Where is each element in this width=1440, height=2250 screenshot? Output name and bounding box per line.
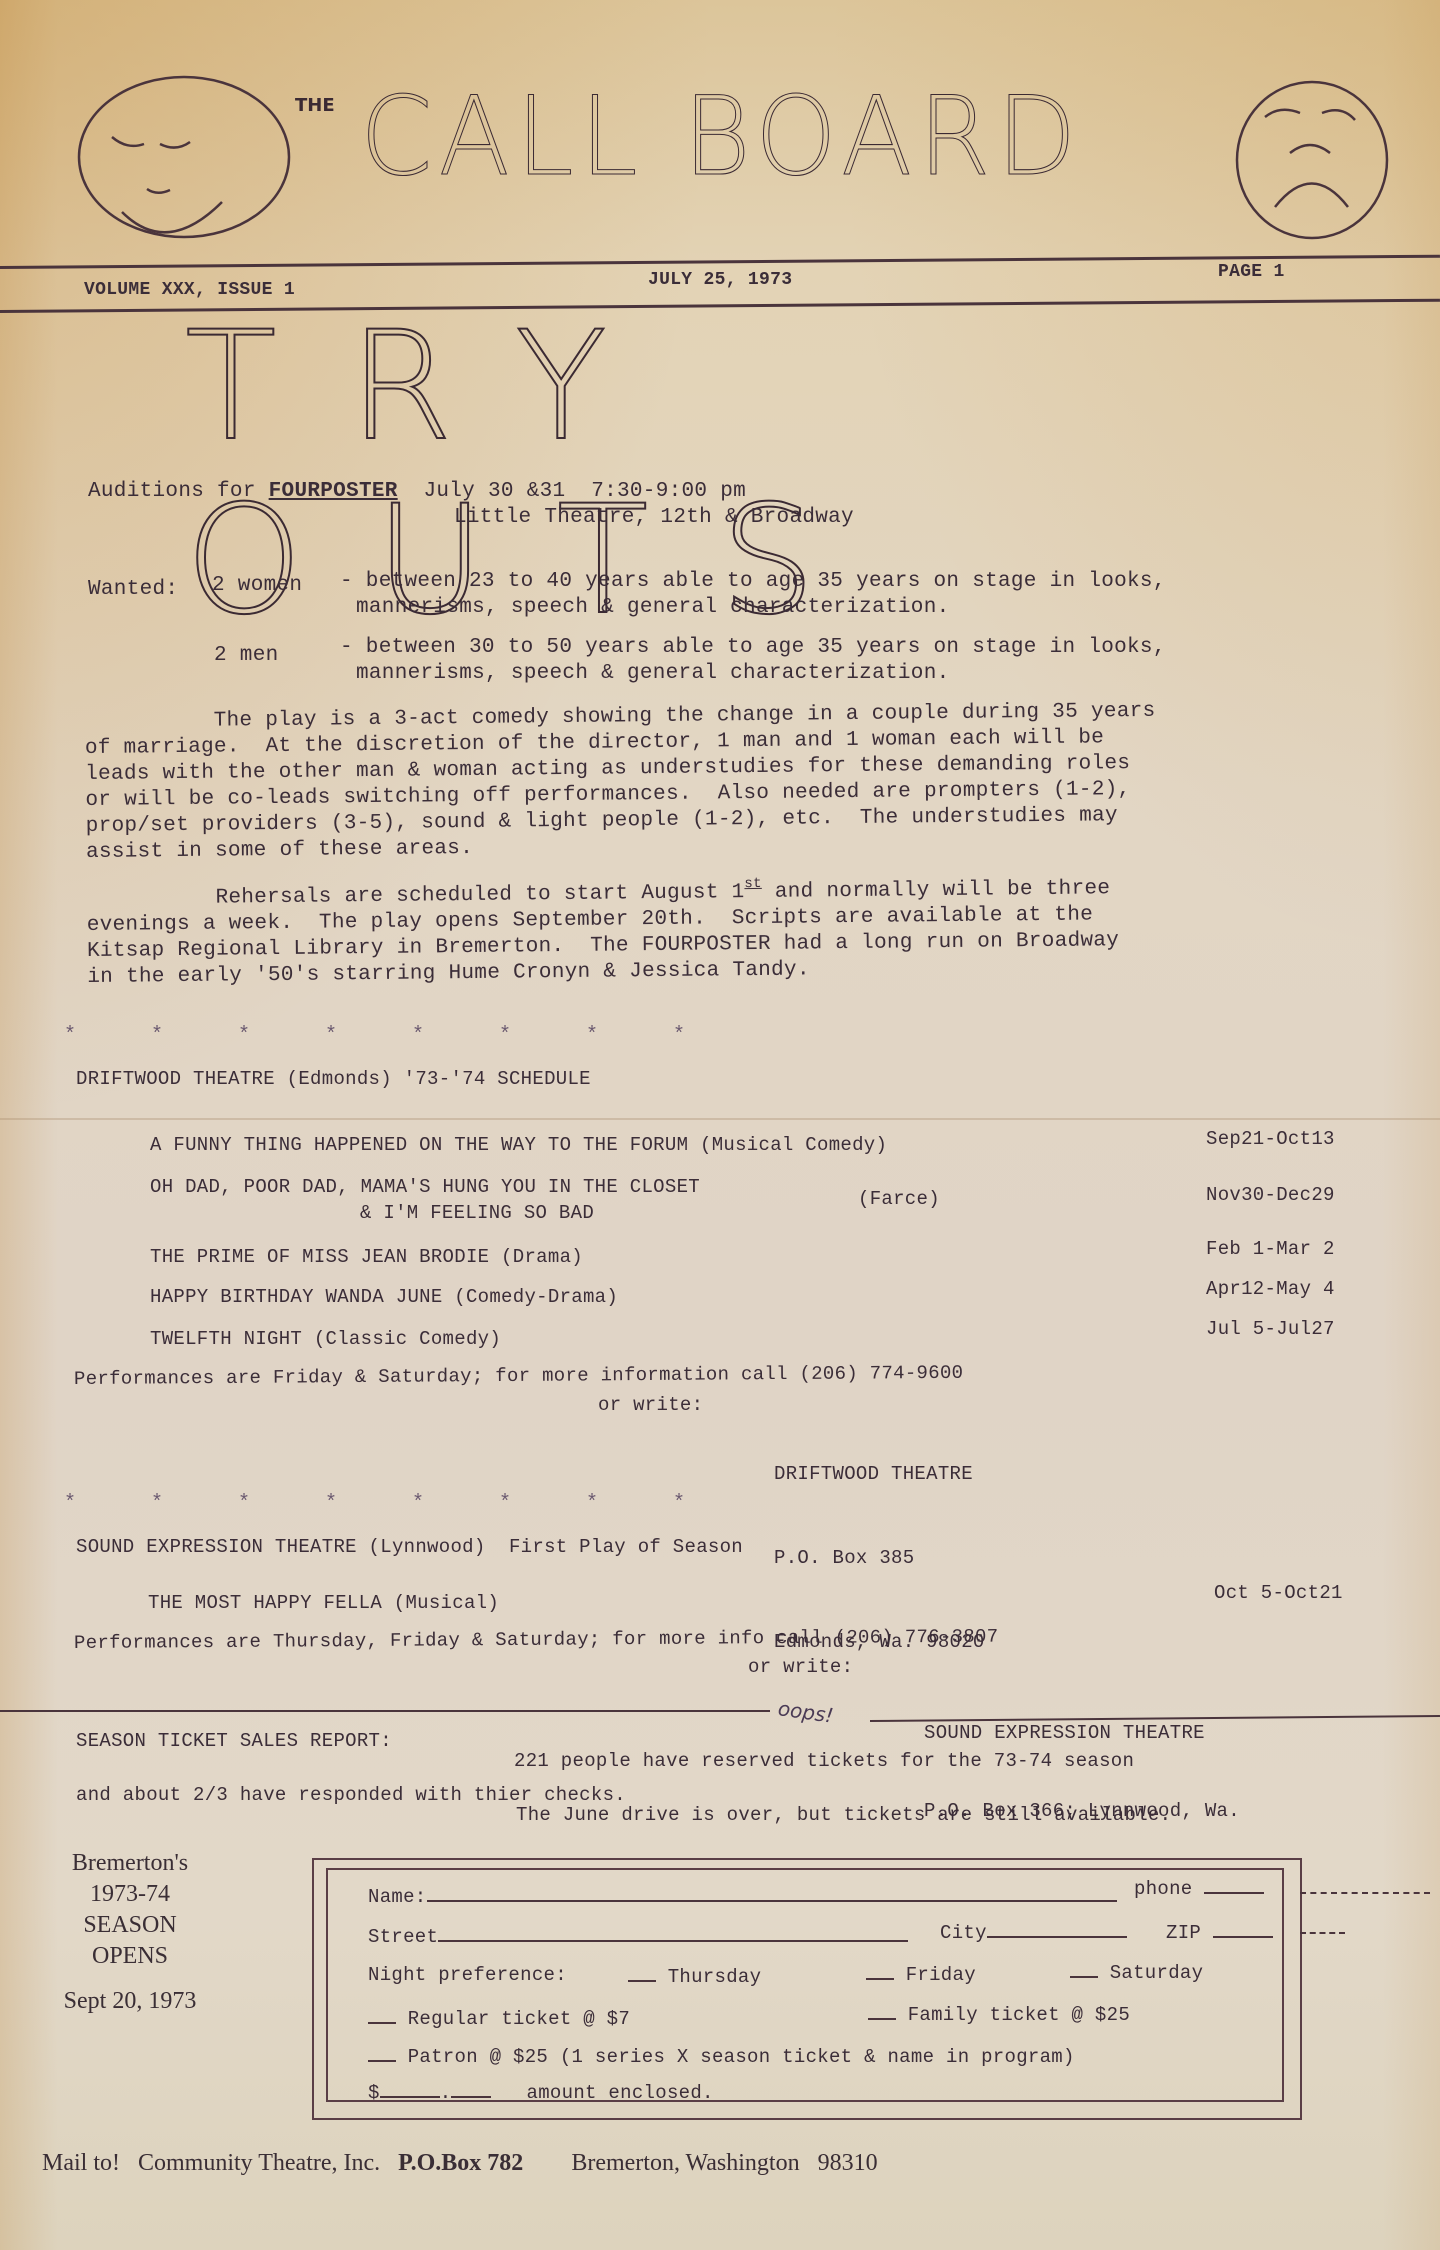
- zip-label: ZIP: [1166, 1922, 1201, 1944]
- star-glyph: *: [499, 1024, 586, 1047]
- show-title: THE MOST HAPPY FELLA (Musical): [148, 1592, 499, 1614]
- star-glyph: *: [673, 1024, 760, 1047]
- season-line: SEASON: [40, 1910, 220, 1941]
- name-label: Name:: [368, 1886, 427, 1908]
- show-title: OH DAD, POOR DAD, MAMA'S HUNG YOU IN THE…: [150, 1176, 700, 1198]
- page-number: PAGE 1: [1218, 262, 1285, 282]
- star-glyph: *: [325, 1492, 412, 1515]
- show-title: HAPPY BIRTHDAY WANDA JUNE (Comedy-Drama): [150, 1286, 618, 1308]
- address-line: DRIFTWOOD THEATRE: [774, 1460, 985, 1488]
- show-dates: Apr12-May 4: [1206, 1278, 1335, 1300]
- night-option-thursday[interactable]: Thursday: [628, 1962, 761, 1988]
- mail-to-line: Mail to! Community Theatre, Inc. P.O.Box…: [42, 2150, 878, 2177]
- section-divider: [0, 1710, 770, 1712]
- mail-to-box: P.O.Box 782: [398, 2150, 523, 2176]
- patron-ticket-option[interactable]: Patron @ $25 (1 series X season ticket &…: [368, 2042, 1075, 2068]
- role-women-line1: - between 23 to 40 years able to age 35 …: [340, 570, 1166, 593]
- role-men-count: 2 men: [214, 644, 279, 667]
- regular-ticket-option[interactable]: Regular ticket @ $7: [368, 2004, 630, 2030]
- smiling-mask-icon: [72, 72, 297, 242]
- night-preference-label: Night preference:: [368, 1964, 567, 1986]
- zip-field[interactable]: ZIP: [1166, 1918, 1273, 1944]
- ordinal-suffix: st: [744, 876, 762, 892]
- volume-issue: VOLUME XXX, ISSUE 1: [84, 280, 295, 300]
- star-glyph: *: [64, 1024, 151, 1047]
- or-write-label: or write:: [748, 1656, 853, 1678]
- star-glyph: *: [325, 1024, 412, 1047]
- city-field[interactable]: City: [940, 1918, 1127, 1944]
- show-dates: Jul 5-Jul27: [1206, 1318, 1335, 1340]
- star-glyph: *: [412, 1492, 499, 1515]
- mail-to-city: Bremerton, Washington: [571, 2150, 799, 2176]
- show-dates: Sep21-Oct13: [1206, 1128, 1335, 1150]
- address-line: P.O. Box 385: [774, 1544, 985, 1572]
- night-option-saturday[interactable]: Saturday: [1070, 1958, 1203, 1984]
- amount-label: amount enclosed.: [527, 2082, 714, 2104]
- dollar-sign: $: [368, 2082, 380, 2104]
- ticket-report-line: 221 people have reserved tickets for the…: [514, 1750, 1134, 1772]
- star-separator: ********: [64, 1024, 760, 1047]
- mail-to-zip: 98310: [818, 2150, 878, 2176]
- season-line: 1973-74: [40, 1879, 220, 1910]
- frowning-mask-icon: [1230, 75, 1395, 245]
- show-dates: Feb 1-Mar 2: [1206, 1238, 1335, 1260]
- role-women-count: 2 women: [212, 574, 302, 597]
- star-glyph: *: [586, 1024, 673, 1047]
- star-glyph: *: [64, 1492, 151, 1515]
- sound-expression-heading: SOUND EXPRESSION THEATRE (Lynnwood) Firs…: [76, 1536, 743, 1558]
- amount-enclosed-field[interactable]: $. amount enclosed.: [368, 2078, 714, 2104]
- star-glyph: *: [673, 1492, 760, 1515]
- city-label: City: [940, 1922, 987, 1944]
- night-label: Saturday: [1110, 1962, 1204, 1984]
- show-dates: Nov30-Dec29: [1206, 1184, 1335, 1206]
- or-write-label: or write:: [598, 1394, 703, 1416]
- ticket-report-heading: SEASON TICKET SALES REPORT:: [76, 1730, 392, 1752]
- show-title: THE PRIME OF MISS JEAN BRODIE (Drama): [150, 1246, 583, 1268]
- ticket-report-line: and about 2/3 have responded with thier …: [76, 1784, 626, 1806]
- mail-to-org: Community Theatre, Inc.: [138, 2150, 380, 2176]
- play-description: The play is a 3-act comedy showing the c…: [85, 699, 1159, 991]
- night-label: Thursday: [668, 1966, 762, 1988]
- star-glyph: *: [586, 1492, 673, 1515]
- star-glyph: *: [238, 1024, 325, 1047]
- ticket-report-line: The June drive is over, but tickets are …: [516, 1804, 1171, 1826]
- regular-ticket-label: Regular ticket @ $7: [408, 2008, 630, 2030]
- family-ticket-option[interactable]: Family ticket @ $25: [868, 2000, 1130, 2026]
- cut-line: [1300, 1932, 1345, 1934]
- address-line: SOUND EXPRESSION THEATRE: [924, 1720, 1240, 1746]
- name-field[interactable]: Name:: [368, 1882, 1117, 1908]
- star-separator: ********: [64, 1492, 760, 1515]
- audition-times: July 30 &31 7:30-9:00 pm: [398, 480, 746, 503]
- auditions-prefix: Auditions for: [88, 480, 269, 503]
- star-glyph: *: [412, 1024, 499, 1047]
- audition-venue: Little Theatre, 12th & Broadway: [454, 506, 854, 529]
- season-line: Bremerton's: [40, 1848, 220, 1879]
- show-title: A FUNNY THING HAPPENED ON THE WAY TO THE…: [150, 1134, 887, 1156]
- family-ticket-label: Family ticket @ $25: [908, 2004, 1130, 2026]
- role-men-line2: mannerisms, speech & general characteriz…: [356, 662, 950, 685]
- night-option-friday[interactable]: Friday: [866, 1960, 976, 1986]
- order-form: Name: phone Street City ZIP Night prefer…: [326, 1868, 1284, 2102]
- night-label: Friday: [906, 1964, 976, 1986]
- issue-date: JULY 25, 1973: [648, 270, 792, 290]
- star-glyph: *: [238, 1492, 325, 1515]
- phone-field[interactable]: phone: [1134, 1874, 1264, 1900]
- season-date: Sept 20, 1973: [40, 1986, 220, 2017]
- oops-annotation: oops!: [777, 1696, 835, 1728]
- driftwood-performances: Performances are Friday & Saturday; for …: [74, 1362, 963, 1390]
- rehearsal-text: and normally will be three: [762, 877, 1111, 904]
- street-field[interactable]: Street: [368, 1922, 908, 1948]
- show-title: TWELFTH NIGHT (Classic Comedy): [150, 1328, 501, 1350]
- masthead-title: CALL BOARD: [360, 72, 1083, 200]
- mail-to-label: Mail to!: [42, 2150, 120, 2176]
- play-title: FOURPOSTER: [269, 480, 398, 503]
- star-glyph: *: [499, 1492, 586, 1515]
- cut-line: [1300, 1892, 1430, 1894]
- season-opens-notice: Bremerton's 1973-74 SEASON OPENS Sept 20…: [40, 1848, 220, 2017]
- paper-fold: [0, 1118, 1440, 1120]
- auditions-line1: Auditions for FOURPOSTER July 30 &31 7:3…: [88, 480, 746, 503]
- role-women-line2: mannerisms, speech & general characteriz…: [356, 596, 950, 619]
- patron-ticket-label: Patron @ $25 (1 series X season ticket &…: [408, 2046, 1075, 2068]
- driftwood-heading: DRIFTWOOD THEATRE (Edmonds) '73-'74 SCHE…: [76, 1068, 591, 1090]
- street-label: Street: [368, 1926, 438, 1948]
- wanted-label: Wanted:: [88, 578, 178, 601]
- masthead-the: THE: [295, 95, 335, 116]
- star-glyph: *: [151, 1492, 238, 1515]
- show-title-continued: & I'M FEELING SO BAD: [360, 1202, 594, 1224]
- role-men-line1: - between 30 to 50 years able to age 35 …: [340, 636, 1166, 659]
- show-genre: (Farce): [858, 1188, 940, 1210]
- star-glyph: *: [151, 1024, 238, 1047]
- show-dates: Oct 5-Oct21: [1214, 1582, 1343, 1604]
- season-line: OPENS: [40, 1941, 220, 1972]
- phone-label: phone: [1134, 1878, 1193, 1900]
